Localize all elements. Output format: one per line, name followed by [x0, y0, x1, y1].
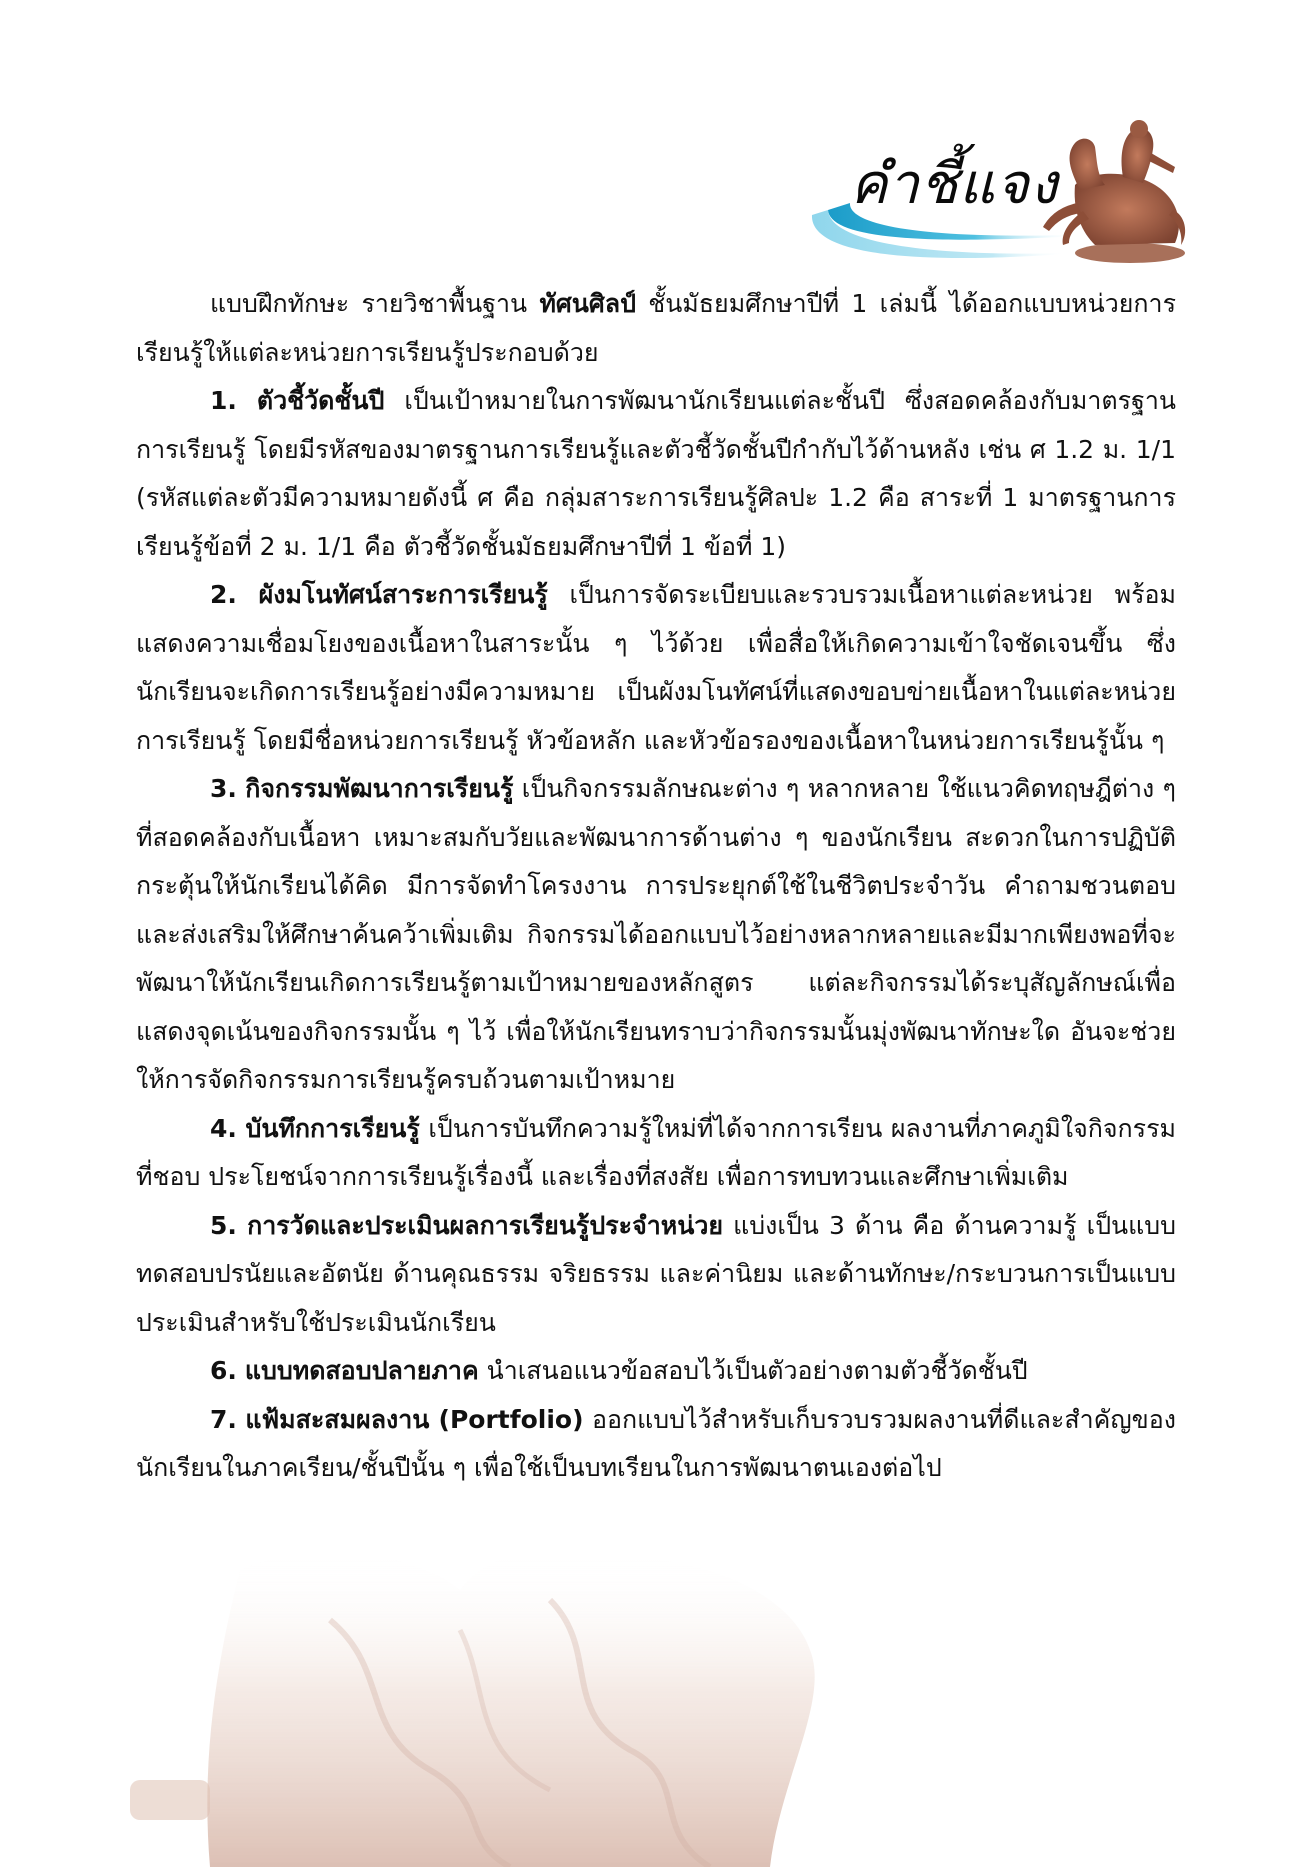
item-body: นำเสนอแนวข้อสอบไว้เป็นตัวอย่างตามตัวชี้ว…: [479, 1356, 1028, 1385]
item-heading: การวัดและประเมินผลการเรียนรู้ประจำหน่วย: [247, 1211, 723, 1240]
header-banner: คำชี้แจง: [810, 115, 1190, 265]
document-body: แบบฝึกทักษะ รายวิชาพื้นฐาน ทัศนศิลป์ ชั้…: [136, 280, 1176, 1493]
item-number: 4.: [210, 1114, 237, 1143]
list-item-1: 1. ตัวชี้วัดชั้นปี เป็นเป้าหมายในการพัฒน…: [136, 377, 1176, 571]
item-heading: ตัวชี้วัดชั้นปี: [257, 386, 384, 415]
sculpture-watermark-image: [130, 1530, 950, 1867]
list-item-4: 4. บันทึกการเรียนรู้ เป็นการบันทึกความรู…: [136, 1105, 1176, 1202]
list-item-7: 7. แฟ้มสะสมผลงาน (Portfolio) ออกแบบไว้สำ…: [136, 1396, 1176, 1493]
intro-paragraph: แบบฝึกทักษะ รายวิชาพื้นฐาน ทัศนศิลป์ ชั้…: [136, 280, 1176, 377]
subject-name: ทัศนศิลป์: [539, 289, 636, 318]
item-number: 3.: [210, 774, 237, 803]
item-heading: บันทึกการเรียนรู้: [245, 1114, 419, 1143]
list-item-3: 3. กิจกรรมพัฒนาการเรียนรู้ เป็นกิจกรรมลั…: [136, 765, 1176, 1105]
item-heading: กิจกรรมพัฒนาการเรียนรู้: [245, 774, 513, 803]
item-number: 5.: [210, 1211, 237, 1240]
page-title: คำชี้แจง: [850, 157, 1058, 213]
item-heading: แฟ้มสะสมผลงาน (Portfolio): [245, 1405, 583, 1434]
item-heading: แบบทดสอบปลายภาค: [245, 1356, 479, 1385]
list-item-5: 5. การวัดและประเมินผลการเรียนรู้ประจำหน่…: [136, 1202, 1176, 1348]
item-number: 6.: [210, 1356, 237, 1385]
list-item-2: 2. ผังมโนทัศน์สาระการเรียนรู้ เป็นการจัด…: [136, 571, 1176, 765]
item-body: เป็นกิจกรรมลักษณะต่าง ๆ หลากหลาย ใช้แนวค…: [136, 774, 1176, 1094]
horse-rider-statue-image: [1035, 115, 1190, 265]
item-number: 2.: [210, 580, 237, 609]
item-number: 1.: [210, 386, 237, 415]
item-heading: ผังมโนทัศน์สาระการเรียนรู้: [259, 580, 548, 609]
list-item-6: 6. แบบทดสอบปลายภาค นำเสนอแนวข้อสอบไว้เป็…: [136, 1347, 1176, 1396]
item-number: 7.: [210, 1405, 237, 1434]
